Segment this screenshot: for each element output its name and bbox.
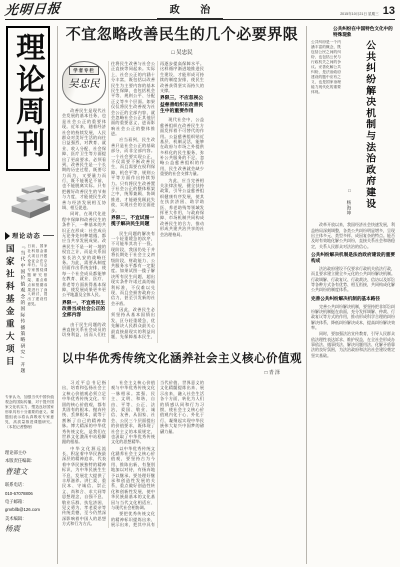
right-title-row: 公共纠纷是一个内涵丰富的概念，既包括公民之间的纠纷，也包括公民与行政机关之间的争… bbox=[311, 40, 395, 218]
theory-trends-header: 理论动态 bbox=[5, 231, 54, 240]
paragraph: 同时，在现代化进程中保障和改善民生的条件下，一种基本的共识正在形成：社会成员无论… bbox=[62, 211, 106, 297]
paragraph: 民生问题的解决有一个轻重缓急的次序，不可能毕其功于一役。现阶段，我国仍处于并将长… bbox=[111, 231, 155, 306]
paragraph: 中华文化源远流长，积淀着中华民族最深层的精神追求，代表着中华民族独特的精神标识，… bbox=[62, 446, 106, 527]
news-title-sub: 『当代中国价值观念的国际传播策略研究』开题 bbox=[18, 244, 24, 392]
paragraph: 习近平总书记指出，培育和弘扬社会主义核心价值观必须立足中华优秀传统文化。牢固的核… bbox=[62, 380, 106, 445]
paragraph: 同时，要加强法治宣传教育，引导人民群众依法理性表达诉求、维护权益，在全社会形成办… bbox=[311, 331, 395, 358]
right-kicker: 公共纠纷在中国特色文化中的特殊现象 bbox=[333, 26, 395, 38]
paragraph: 现代社会中，公益慈善组织在改善民生方面发挥着不可替代的作用。公益慈善组织贴近基层… bbox=[160, 117, 204, 176]
bottom-byline: □ 青 泽 bbox=[62, 369, 302, 376]
editor-name: 曹建文 bbox=[5, 466, 54, 479]
subhead-1: 界限一，不宜将民生改善当成社会公正的全部内容 bbox=[62, 301, 106, 320]
paragraph: 改善民生是现代社会发展的基本任务，也是社会公正的重要体现。近年来，随着经济社会的… bbox=[62, 108, 106, 210]
right-vertical-headline: 公共纠纷解决机制与法治政府建设 bbox=[364, 40, 375, 210]
news-tail: 专家认为，加强当代中国价值观念的国际传播，对于提升国家文化软实力、塑造良好国家形… bbox=[5, 395, 54, 439]
news-body: 日前，国家社科基金重大项目开题论证会在京举行。与会专家围绕课题研究框架、重点难点… bbox=[27, 244, 47, 392]
right-subhead-1: 公共纠纷解决机制是法治政府建设的重要构成 bbox=[311, 252, 395, 264]
paragraph: 以中华优秀传统文化涵养社会主义核心价值观，要坚持古为今用、推陈出新，有鉴别地加以… bbox=[111, 446, 155, 511]
art-editor-label: 美术编辑： bbox=[5, 515, 54, 522]
masthead: 光明日报 政 治 2015年10月21日 星期三 13 bbox=[5, 2, 395, 20]
phone-number: 010-67078806 bbox=[5, 490, 54, 497]
phone-label: 联系电话： bbox=[5, 481, 54, 488]
subhead-2: 界限二，不宜试图一揽子解决民生问题 bbox=[111, 216, 155, 229]
bottom-article: 以中华优秀传统文化涵养社会主义核心价值观 □ 青 泽 习近平总书记指出，培育和弘… bbox=[62, 350, 302, 528]
main-article-body: 学者专栏 吴忠民 改善民生是现代社会发展的基本任务，也是社会公正的重要体现。近年… bbox=[62, 61, 302, 343]
bottom-article-body: 习近平总书记指出，培育和弘扬社会主义核心价值观必须立足中华优秀传统文化。牢固的核… bbox=[62, 380, 302, 528]
paragraph: 为此，应当完善相关法律法规，健全扶持政策，引导公益慈善组织健康有序发展，使其在扶… bbox=[160, 178, 204, 237]
news-title-main: 国家社科基金重大项目 bbox=[5, 244, 15, 392]
right-article: 公共纠纷在中国特色文化中的特殊现象 公共纠纷是一个内涵丰富的概念，既包括公民之间… bbox=[306, 26, 395, 564]
right-title-box: 公共纠纷解决机制与法治政府建设 □ 杨海坤 bbox=[344, 40, 395, 218]
art-editor-name: 杨震 bbox=[5, 523, 54, 536]
date-text: 2015年10月21日 星期三 bbox=[340, 12, 379, 17]
author-signature: 吴忠民 bbox=[63, 78, 105, 92]
right-article-body: 改革开放以来，我国经济社会快速发展，利益格局深刻调整，各类公共纠纷明显增多，呈现… bbox=[311, 222, 395, 567]
email-address: gmrbllb@126.com bbox=[5, 506, 54, 513]
section-label: 政 治 bbox=[157, 1, 224, 19]
subhead-3: 界限三，不应忽视公益慈善组织在改善民生中的重要作用 bbox=[160, 96, 204, 115]
paragraph: 应当看到，民生改善只是社会公正的基础部分，而非全部内容。一个社会要实现公正，不仅… bbox=[111, 137, 155, 212]
books-photo-illustration bbox=[5, 175, 55, 225]
sidebar-footer: 理论部主办 本版责任编辑： 曹建文 联系电话： 010-67078806 电子邮… bbox=[5, 449, 54, 536]
theory-trends-label: 理论动态 bbox=[12, 231, 41, 240]
right-byline: □ 杨海坤 bbox=[346, 188, 352, 216]
theory-weekly-banner: 理论周刊 bbox=[6, 26, 50, 171]
scholar-column-label: 学者专栏 bbox=[69, 66, 99, 75]
email-label: 电子邮箱： bbox=[5, 498, 54, 505]
page-number: 13 bbox=[383, 7, 395, 17]
editor-label: 本版责任编辑： bbox=[5, 457, 54, 464]
sidebar: 理论周刊 理论动态 国家社科基金重大项目 『当代中国价值观念的国际传播策略研究』… bbox=[5, 26, 58, 564]
paragraph: 改革开放以来，我国经济社会快速发展，利益格局深刻调整，各类公共纠纷明显增多，呈现… bbox=[311, 222, 395, 249]
news-item: 国家社科基金重大项目 『当代中国价值观念的国际传播策略研究』开题 日前，国家社科… bbox=[5, 244, 54, 392]
triangle-icon bbox=[5, 232, 10, 240]
header-rule bbox=[43, 235, 54, 236]
paragraph: 完善公共纠纷解决机制，要坚持把非诉讼纠纷解决机制挺在前面，充分发挥调解、仲裁、行… bbox=[311, 304, 395, 331]
scholar-column-badge: 学者专栏 吴忠民 bbox=[62, 61, 106, 105]
paragraph: 法治政府建设不仅要求行政机关依法行政，而且要求建立健全多元化的公共纠纷解决机制。… bbox=[311, 266, 395, 293]
right-intro-column: 公共纠纷是一个内涵丰富的概念，既包括公民之间的纠纷，也包括公民与行政机关之间的争… bbox=[311, 40, 341, 218]
newspaper-logo: 光明日报 bbox=[4, 0, 97, 21]
newspaper-page: 光明日报 政 治 2015年10月21日 星期三 13 理论周刊 理论动态 bbox=[0, 0, 400, 567]
main-byline: □ 吴忠民 bbox=[62, 48, 302, 56]
organizer: 理论部主办 bbox=[5, 449, 54, 456]
theory-weekly-title: 理论周刊 bbox=[13, 32, 43, 160]
section-label-wrap: 政 治 bbox=[95, 0, 285, 19]
paragraph: 社会主义核心价值观与中华优秀传统文化一脉相承。富强、民主、文明、和谐，自由、平等… bbox=[111, 380, 155, 445]
main-headline: 不宜忽略改善民生的几个必要界限 bbox=[62, 26, 302, 44]
main-area: 不宜忽略改善民生的几个必要界限 □ 吴忠民 学者专栏 吴忠民 改善民生是现代社会… bbox=[62, 26, 302, 564]
right-subhead-2: 完善公共纠纷解决机制的基本路径 bbox=[311, 296, 395, 302]
dateline: 2015年10月21日 星期三 13 bbox=[285, 7, 395, 19]
bottom-headline: 以中华优秀传统文化涵养社会主义核心价值观 bbox=[62, 350, 302, 366]
